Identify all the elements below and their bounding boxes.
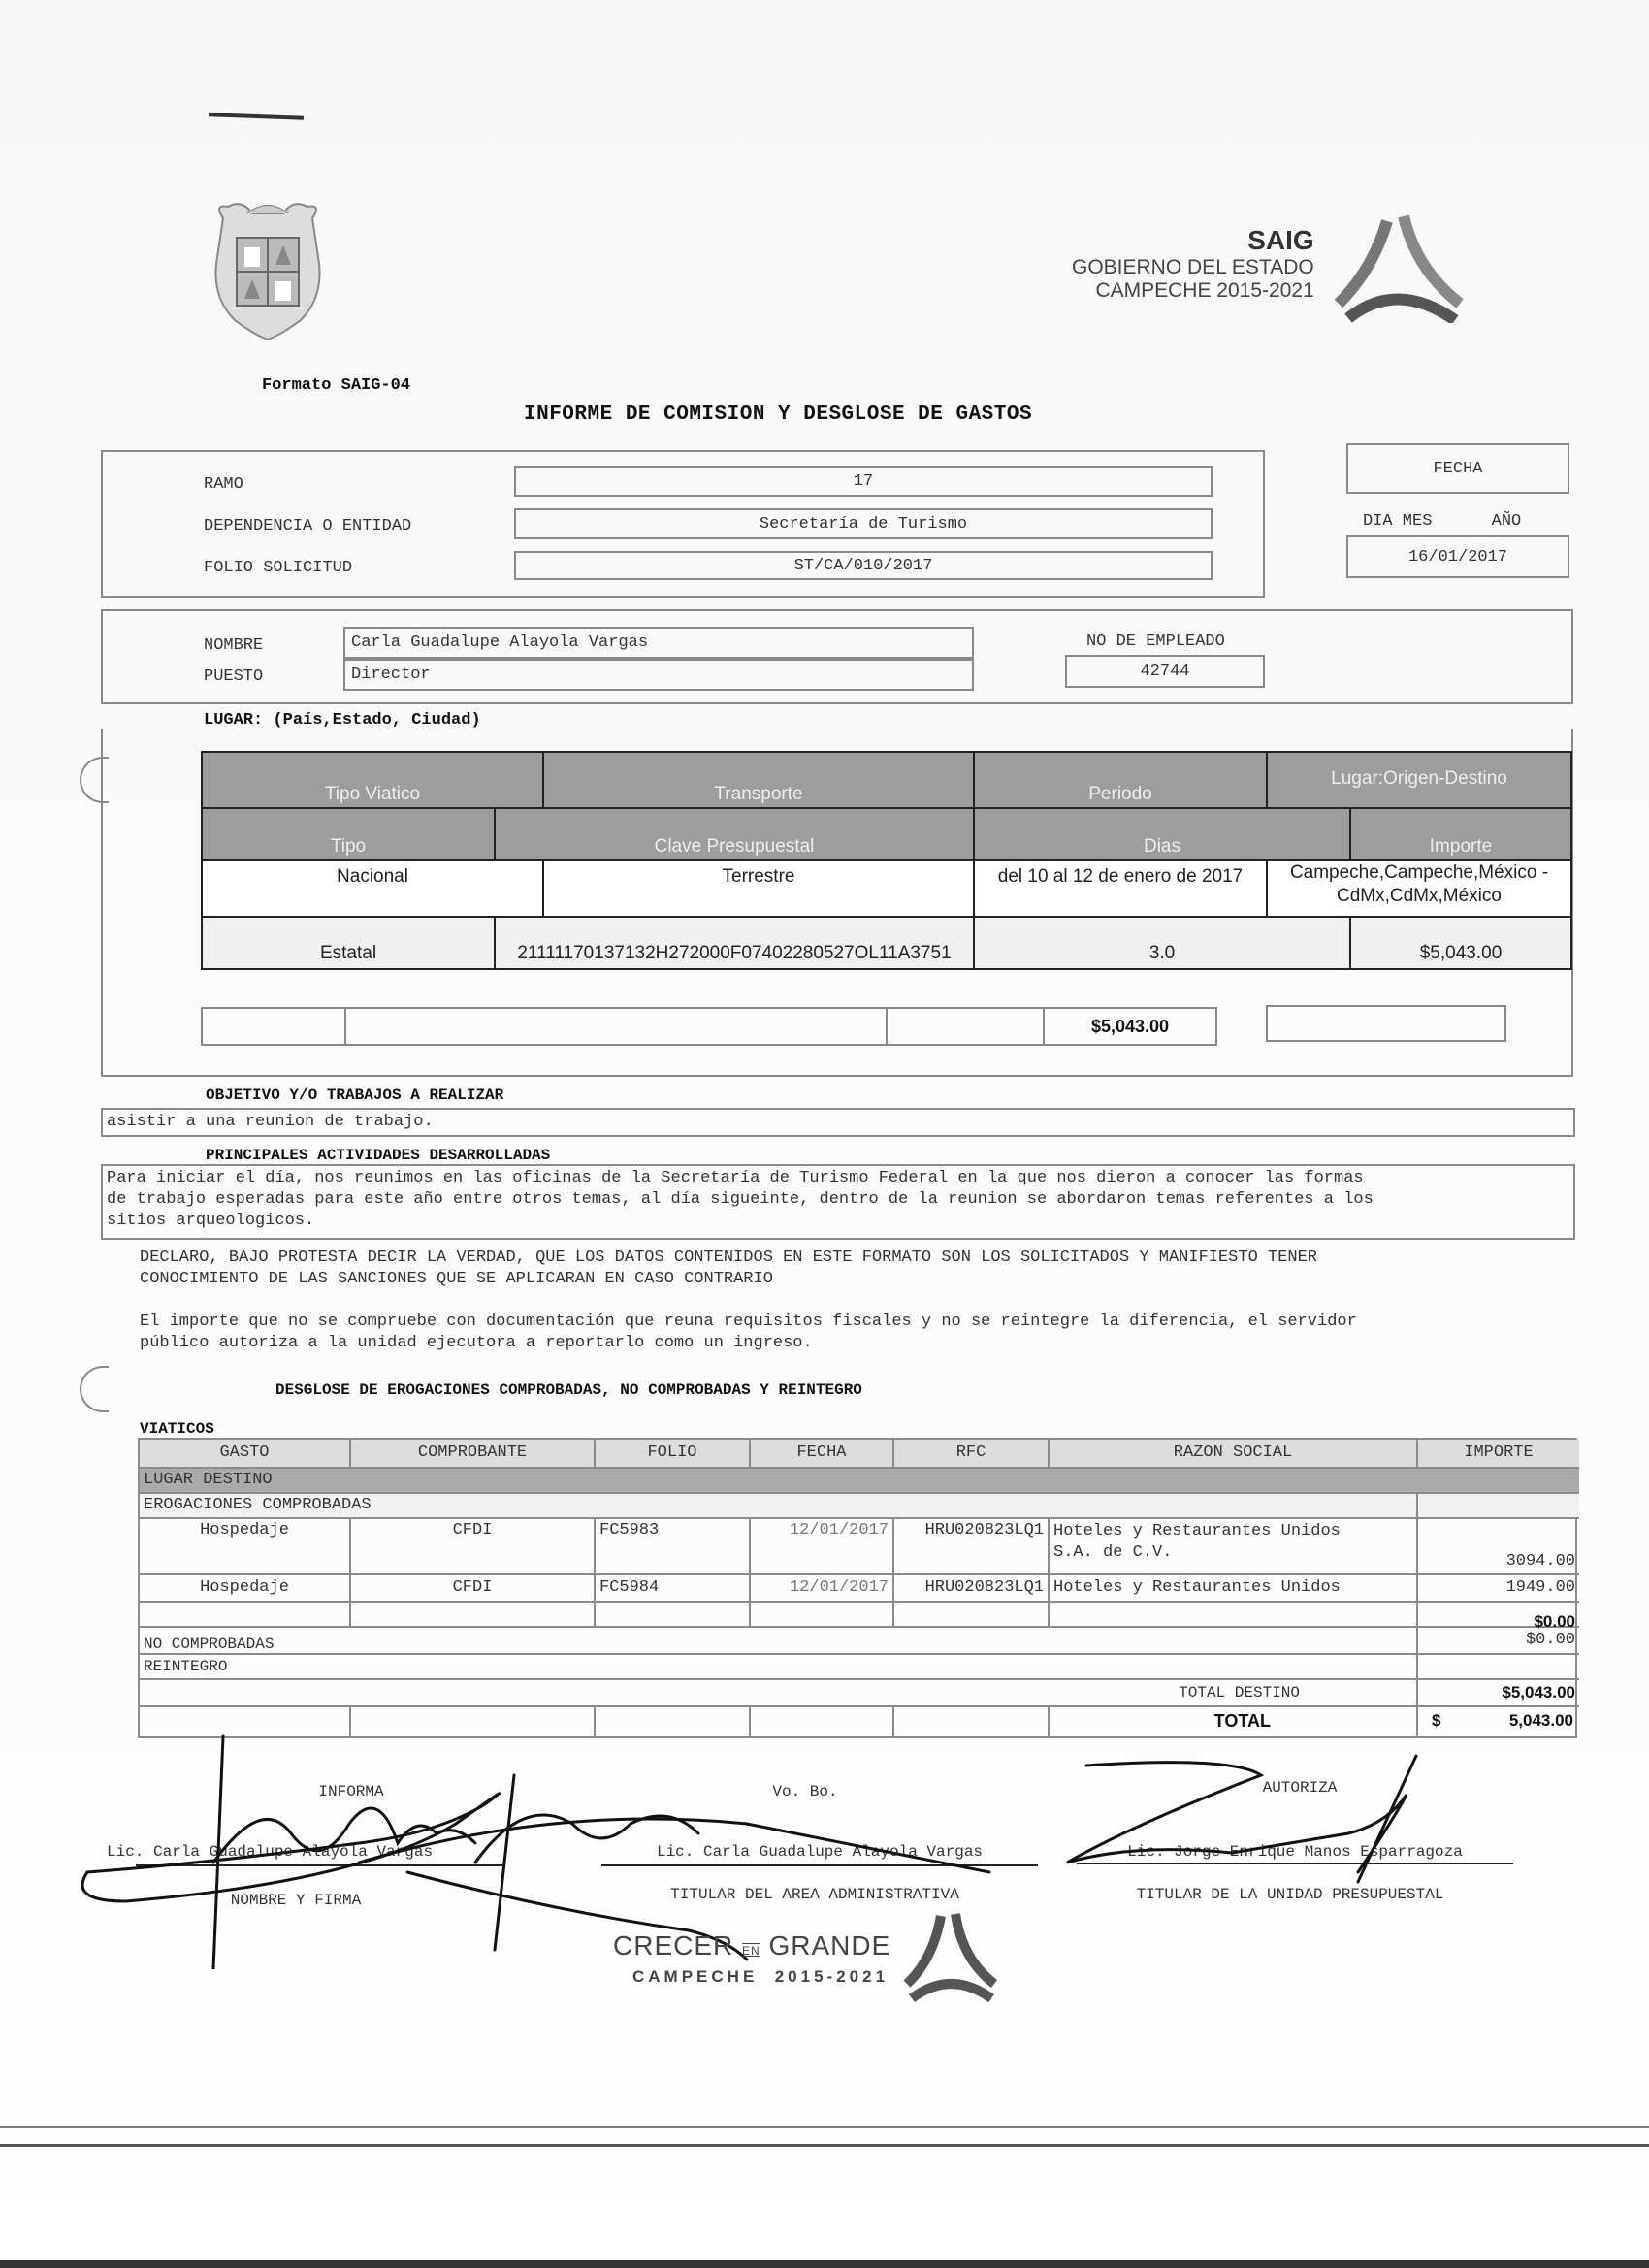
autoriza-signature-line (1077, 1863, 1513, 1864)
cell-periodo: del 10 al 12 de enero de 2017 (973, 859, 1268, 918)
autoriza-name: Lic. Jorge Enrique Manos Esparragoza (1077, 1843, 1513, 1861)
autoriza-role: AUTORIZA (1203, 1779, 1397, 1797)
header-clave: Clave Presupuestal (494, 807, 975, 861)
row2-razon-social: Hoteles y Restaurantes Unidos (1050, 1575, 1418, 1601)
total-value: 5,043.00 (1509, 1707, 1573, 1736)
nombre-field: Carla Guadalupe Alayola Vargas (343, 627, 974, 659)
total-currency: $ (1432, 1707, 1440, 1736)
fecha-header: FECHA (1346, 443, 1569, 494)
scanned-document-page: Formato SAIG-04 SAIG GOBIERNO DEL ESTADO… (0, 0, 1649, 2268)
fecha-field: 16/01/2017 (1346, 535, 1569, 578)
summary-cell-3 (886, 1007, 1045, 1046)
total-label: TOTAL (1050, 1707, 1418, 1736)
document-title: INFORME DE COMISION Y DESGLOSE DE GASTOS (524, 404, 1032, 426)
summary-cell-2 (344, 1007, 888, 1046)
lugar-destino-row: LUGAR DESTINO (140, 1469, 1579, 1494)
total-row: TOTAL $ 5,043.00 (140, 1707, 1579, 1736)
header-lugar: Lugar:Origen-Destino (1266, 751, 1572, 809)
summary-total: $5,043.00 (1043, 1007, 1217, 1046)
blank-cell (140, 1603, 351, 1626)
desglose-header-row: GASTO COMPROBANTE FOLIO FECHA RFC RAZON … (140, 1440, 1579, 1469)
campeche-triangle-logo-icon (1334, 211, 1470, 323)
row1-razon-social: Hoteles y Restaurantes Unidos S.A. de C.… (1050, 1519, 1418, 1573)
summary-cell-1 (201, 1007, 346, 1046)
blank-cell (596, 1707, 751, 1736)
row1-razon-line-1: Hoteles y Restaurantes Unidos (1053, 1521, 1412, 1542)
subtotal-comprobadas: $0.00 (1418, 1603, 1579, 1626)
campeche-triangle-logo-icon (902, 1911, 999, 2004)
erogaciones-label: EROGACIONES COMPROBADAS (140, 1494, 1418, 1517)
row1-razon-line-2: S.A. de C.V. (1053, 1542, 1412, 1564)
scan-edge-line (0, 2126, 1649, 2128)
cell-importe: $5,043.00 (1349, 916, 1572, 970)
row2-fecha: 12/01/2017 (751, 1575, 894, 1601)
declaracion-line-1: DECLARO, BAJO PROTESTA DECIR LA VERDAD, … (140, 1247, 1317, 1269)
empleado-numero-field: 42744 (1065, 655, 1265, 688)
blank-cell (351, 1603, 596, 1626)
blank-cell (140, 1707, 351, 1736)
saig-logo: SAIG GOBIERNO DEL ESTADO CAMPECHE 2015-2… (1072, 225, 1314, 303)
saig-name: SAIG (1072, 225, 1314, 256)
actividades-title: PRINCIPALES ACTIVIDADES DESARROLLADAS (206, 1147, 550, 1164)
vobo-caption: TITULAR DEL AREA ADMINISTRATIVA (621, 1886, 1009, 1903)
vobo-name: Lic. Carla Guadalupe Alayola Vargas (601, 1843, 1038, 1861)
scan-mark (209, 113, 304, 119)
row1-folio: FC5983 (596, 1519, 751, 1573)
row2-comprobante: CFDI (351, 1575, 596, 1601)
cell-clave: 21111170137132H272000F07402280527OL11A37… (494, 916, 975, 970)
slogan-sub: CAMPECHE 2015-2021 (632, 1967, 889, 1987)
punch-hole-icon (80, 1366, 109, 1412)
col-gasto: GASTO (140, 1440, 351, 1467)
table-row: Hospedaje CFDI FC5983 12/01/2017 HRU0208… (140, 1519, 1579, 1575)
row1-fecha: 12/01/2017 (751, 1519, 894, 1573)
slogan-word-2: GRANDE (768, 1930, 890, 1960)
declaracion-text: DECLARO, BAJO PROTESTA DECIR LA VERDAD, … (140, 1247, 1317, 1290)
empleado-numero-label: NO DE EMPLEADO (1086, 632, 1225, 651)
puesto-field: Director (343, 659, 974, 691)
blank-cell (894, 1603, 1050, 1626)
ramo-label: RAMO (204, 475, 243, 494)
summary-extra-box (1266, 1005, 1506, 1042)
actividades-line-3: sitios arqueologicos. (107, 1211, 1569, 1232)
objetivo-title: OBJETIVO Y/O TRABAJOS A REALIZAR (206, 1086, 503, 1104)
reintegro-row: REINTEGRO (140, 1655, 1579, 1680)
blank-cell (596, 1603, 751, 1626)
cell-transporte: Terrestre (542, 859, 975, 918)
col-importe: IMPORTE (1418, 1440, 1579, 1467)
punch-hole-icon (80, 757, 109, 803)
vobo-signature-line (601, 1864, 1038, 1866)
col-comprobante: COMPROBANTE (351, 1440, 596, 1467)
row1-rfc: HRU020823LQ1 (894, 1519, 1050, 1573)
erogaciones-importe (1418, 1494, 1579, 1517)
cell-tipo: Estatal (201, 916, 496, 970)
actividades-line-2: de trabajo esperadas para este año entre… (107, 1189, 1569, 1211)
total-destino-label: TOTAL DESTINO (140, 1680, 1418, 1705)
no-comprobadas-row: NO COMPROBADAS $0.00 (140, 1628, 1579, 1655)
informa-name: Lic. Carla Guadalupe Alayola Vargas (107, 1843, 524, 1861)
saig-line2: CAMPECHE 2015-2021 (1072, 279, 1314, 303)
folio-label: FOLIO SOLICITUD (204, 559, 352, 577)
row1-comprobante: CFDI (351, 1519, 596, 1573)
fecha-sublabel: DIA MES AÑO (1363, 512, 1521, 531)
scan-edge-line (0, 2144, 1649, 2147)
blank-cell (751, 1603, 894, 1626)
header-tipo-viatico: Tipo Viatico (201, 751, 544, 809)
formato-label: Formato SAIG-04 (262, 376, 410, 395)
col-fecha: FECHA (751, 1440, 894, 1467)
viaticos-subtitle: VIATICOS (140, 1420, 214, 1438)
informa-role: INFORMA (254, 1783, 448, 1800)
informa-signature-line (136, 1864, 504, 1866)
scan-bottom-edge (0, 2260, 1649, 2268)
row2-rfc: HRU020823LQ1 (894, 1575, 1050, 1601)
autoriza-caption: TITULAR DE LA UNIDAD PRESUPUESTAL (1086, 1886, 1494, 1903)
header-periodo: Periodo (973, 751, 1268, 809)
col-folio: FOLIO (596, 1440, 751, 1467)
folio-field: ST/CA/010/2017 (514, 551, 1212, 580)
blank-cell (351, 1707, 596, 1736)
header-transporte: Transporte (542, 751, 975, 809)
actividades-line-1: Para iniciar el día, nos reunimos en las… (107, 1168, 1569, 1189)
row1-importe: 3094.00 (1418, 1519, 1579, 1573)
no-comprobadas-value: $0.00 (1418, 1628, 1579, 1653)
puesto-label: PUESTO (204, 667, 263, 686)
ramo-field: 17 (514, 466, 1212, 497)
table-row: Hospedaje CFDI FC5984 12/01/2017 HRU0208… (140, 1575, 1579, 1603)
header-dias: Dias (973, 807, 1351, 861)
objetivo-text: asistir a una reunion de trabajo. (101, 1108, 1575, 1137)
saig-line1: GOBIERNO DEL ESTADO (1072, 256, 1314, 279)
informa-caption: NOMBRE Y FIRMA (175, 1892, 417, 1909)
slogan-en: EN (742, 1944, 760, 1958)
total-destino-value: $5,043.00 (1418, 1680, 1579, 1705)
col-razon-social: RAZON SOCIAL (1050, 1440, 1418, 1467)
row2-folio: FC5984 (596, 1575, 751, 1601)
declaracion-line-2: CONOCIMIENTO DE LAS SANCIONES QUE SE APL… (140, 1269, 1317, 1290)
blank-cell (894, 1707, 1050, 1736)
desglose-table: GASTO COMPROBANTE FOLIO FECHA RFC RAZON … (138, 1438, 1577, 1738)
vobo-role: Vo. Bo. (708, 1783, 902, 1800)
blank-cell (751, 1707, 894, 1736)
importe-notice-line-1: El importe que no se compruebe con docum… (140, 1312, 1357, 1333)
slogan-word-1: CRECER (613, 1930, 733, 1960)
lugar-label: LUGAR: (País,Estado, Ciudad) (204, 711, 481, 729)
blank-row: $0.00 (140, 1603, 1579, 1628)
lugar-destino-label: LUGAR DESTINO (140, 1469, 1579, 1492)
total-value-cell: $ 5,043.00 (1418, 1707, 1579, 1736)
total-destino-row: TOTAL DESTINO $5,043.00 (140, 1680, 1579, 1707)
row2-importe: 1949.00 (1418, 1575, 1579, 1601)
slogan: CRECER EN GRANDE (613, 1930, 890, 1961)
no-comprobadas-label: NO COMPROBADAS (140, 1628, 1418, 1653)
row1-gasto: Hospedaje (140, 1519, 351, 1573)
dependencia-label: DEPENDENCIA O ENTIDAD (204, 517, 411, 535)
actividades-box: Para iniciar el día, nos reunimos en las… (101, 1164, 1575, 1240)
coat-of-arms-icon (204, 199, 332, 340)
col-rfc: RFC (894, 1440, 1050, 1467)
cell-dias: 3.0 (973, 916, 1351, 970)
importe-notice: El importe que no se compruebe con docum… (140, 1312, 1357, 1354)
erogaciones-row: EROGACIONES COMPROBADAS (140, 1494, 1579, 1519)
dependencia-field: Secretaría de Turismo (514, 508, 1212, 539)
cell-tipo-viatico: Nacional (201, 859, 544, 918)
header-tipo: Tipo (201, 807, 496, 861)
desglose-title: DESGLOSE DE EROGACIONES COMPROBADAS, NO … (275, 1381, 862, 1399)
cell-lugar: Campeche,Campeche,México - CdMx,CdMx,Méx… (1266, 859, 1572, 918)
reintegro-label: REINTEGRO (140, 1655, 1418, 1678)
importe-notice-line-2: público autoriza a la unidad ejecutora a… (140, 1333, 1357, 1354)
nombre-label: NOMBRE (204, 636, 263, 655)
blank-cell (1050, 1603, 1418, 1626)
row2-gasto: Hospedaje (140, 1575, 351, 1601)
reintegro-value (1418, 1655, 1579, 1678)
header-importe: Importe (1349, 807, 1572, 861)
